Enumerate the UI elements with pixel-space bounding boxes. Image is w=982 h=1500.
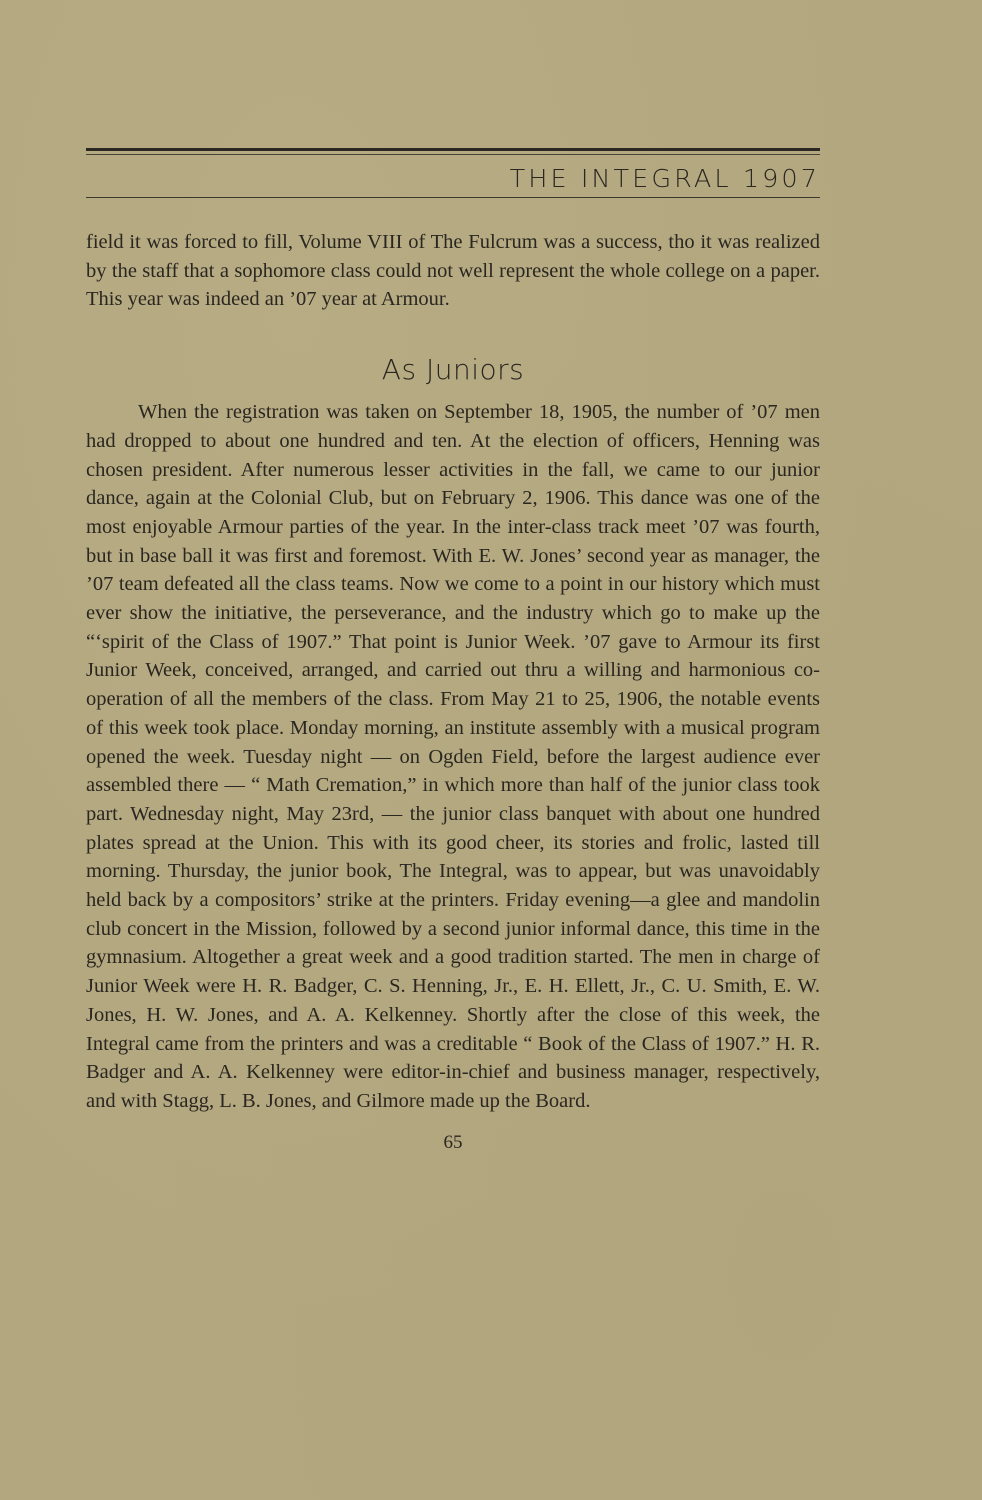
section-title: As Juniors (86, 352, 820, 388)
page-number: 65 (86, 1132, 820, 1154)
running-title: THE INTEGRAL 1907 (71, 163, 820, 195)
section-paragraph: When the registration was taken on Septe… (86, 398, 820, 1116)
header-rule-bottom (86, 197, 820, 198)
running-header: THE INTEGRAL 1907 (86, 148, 820, 198)
page: THE INTEGRAL 1907 field it was forced to… (86, 148, 820, 1154)
header-rule-thin (86, 154, 820, 155)
intro-paragraph: field it was forced to fill, Volume VIII… (86, 228, 820, 314)
header-rule-thick (86, 148, 820, 151)
